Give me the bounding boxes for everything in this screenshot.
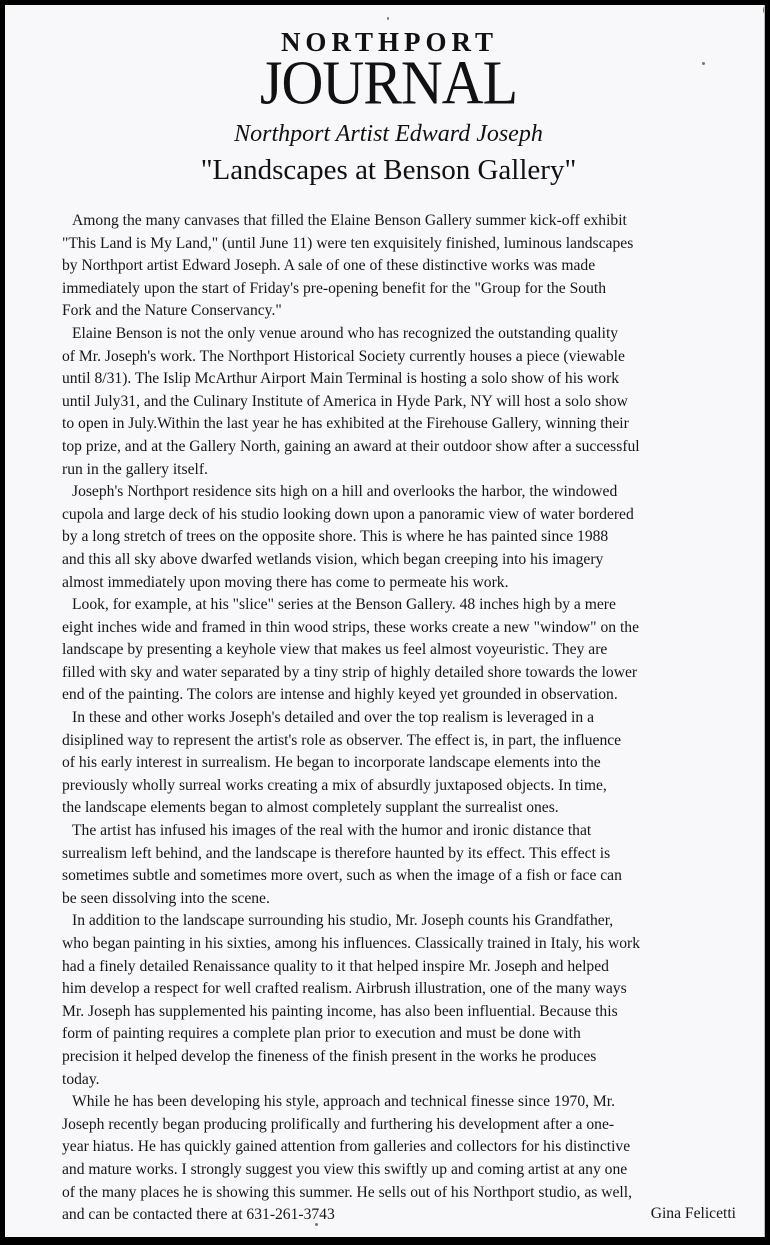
article-line: precision it helped develop the fineness… xyxy=(62,1046,742,1069)
article-line: Joseph recently began producing prolific… xyxy=(62,1114,742,1137)
article-headline: "Landscapes at Benson Gallery" xyxy=(13,153,764,187)
article-paragraph: Elaine Benson is not the only venue arou… xyxy=(62,323,742,481)
article-paragraph: In these and other works Joseph's detail… xyxy=(62,707,742,820)
article-line: Fork and the Nature Conservancy." xyxy=(62,300,742,323)
article-line: landscape by presenting a keyhole view t… xyxy=(62,639,742,662)
newspaper-clipping: NORTHPORT JOURNAL Northport Artist Edwar… xyxy=(5,5,765,1237)
article-paragraph: Among the many canvases that filled the … xyxy=(62,210,742,323)
article-line: Among the many canvases that filled the … xyxy=(62,210,742,233)
article-line: and this all sky above dwarfed wetlands … xyxy=(62,549,742,572)
article-line: and mature works. I strongly suggest you… xyxy=(62,1159,742,1182)
article-line: had a finely detailed Renaissance qualit… xyxy=(62,956,742,979)
article-line: until July31, and the Culinary Institute… xyxy=(62,391,742,414)
masthead: NORTHPORT JOURNAL Northport Artist Edwar… xyxy=(5,27,764,187)
article-line: sometimes subtle and sometimes more over… xyxy=(62,865,742,888)
article-line: almost immediately upon moving there has… xyxy=(62,572,742,595)
article-line: filled with sky and water separated by a… xyxy=(62,662,742,685)
article-line: "This Land is My Land," (until June 11) … xyxy=(62,233,742,256)
article-paragraph: Joseph's Northport residence sits high o… xyxy=(62,481,742,594)
article-paragraph: Look, for example, at his "slice" series… xyxy=(62,594,742,707)
article-line: eight inches wide and framed in thin woo… xyxy=(62,617,742,640)
article-line: and can be contacted there at 631-261-37… xyxy=(62,1204,742,1227)
article-line: of the many places he is showing this su… xyxy=(62,1182,742,1205)
article-line: Mr. Joseph has supplemented his painting… xyxy=(62,1001,742,1024)
article-line: be seen dissolving into the scene. xyxy=(62,888,742,911)
author-signature: Gina Felicetti xyxy=(651,1205,736,1223)
article-paragraph: The artist has infused his images of the… xyxy=(62,820,742,910)
article-line: year hiatus. He has quickly gained atten… xyxy=(62,1136,742,1159)
article-line: of his early interest in surrealism. He … xyxy=(62,752,742,775)
article-subtitle: Northport Artist Edward Joseph xyxy=(13,119,764,149)
article-line: Elaine Benson is not the only venue arou… xyxy=(62,323,742,346)
article-line: immediately upon the start of Friday's p… xyxy=(62,278,742,301)
article-line: cupola and large deck of his studio look… xyxy=(62,504,742,527)
article-line: form of painting requires a complete pla… xyxy=(62,1023,742,1046)
article-line: of Mr. Joseph's work. The Northport Hist… xyxy=(62,346,742,369)
article-line: end of the painting. The colors are inte… xyxy=(62,684,742,707)
article-line: run in the gallery itself. xyxy=(62,459,742,482)
article-line: who began painting in his sixties, among… xyxy=(62,933,742,956)
scan-speck xyxy=(763,7,764,13)
article-line: The artist has infused his images of the… xyxy=(62,820,742,843)
article-body: Among the many canvases that filled the … xyxy=(62,210,742,1227)
article-paragraph: While he has been developing his style, … xyxy=(62,1091,742,1227)
article-line: to open in July.Within the last year he … xyxy=(62,413,742,436)
article-line: previously wholly surreal works creating… xyxy=(62,775,742,798)
article-line: today. xyxy=(62,1069,742,1092)
article-line: by a long stretch of trees on the opposi… xyxy=(62,526,742,549)
article-paragraph: In addition to the landscape surrounding… xyxy=(62,910,742,1091)
scan-speck xyxy=(387,17,389,20)
article-line: by Northport artist Edward Joseph. A sal… xyxy=(62,255,742,278)
article-line: Look, for example, at his "slice" series… xyxy=(62,594,742,617)
article-line: him develop a respect for well crafted r… xyxy=(62,978,742,1001)
article-line: In these and other works Joseph's detail… xyxy=(62,707,742,730)
article-line: In addition to the landscape surrounding… xyxy=(62,910,742,933)
publication-name-main: JOURNAL xyxy=(13,55,764,111)
article-line: top prize, and at the Gallery North, gai… xyxy=(62,436,742,459)
article-line: Joseph's Northport residence sits high o… xyxy=(62,481,742,504)
article-line: until 8/31). The Islip McArthur Airport … xyxy=(62,368,742,391)
article-line: disiplined way to represent the artist's… xyxy=(62,730,742,753)
article-line: surrealism left behind, and the landscap… xyxy=(62,843,742,866)
article-line: the landscape elements began to almost c… xyxy=(62,797,742,820)
article-line: While he has been developing his style, … xyxy=(62,1091,742,1114)
